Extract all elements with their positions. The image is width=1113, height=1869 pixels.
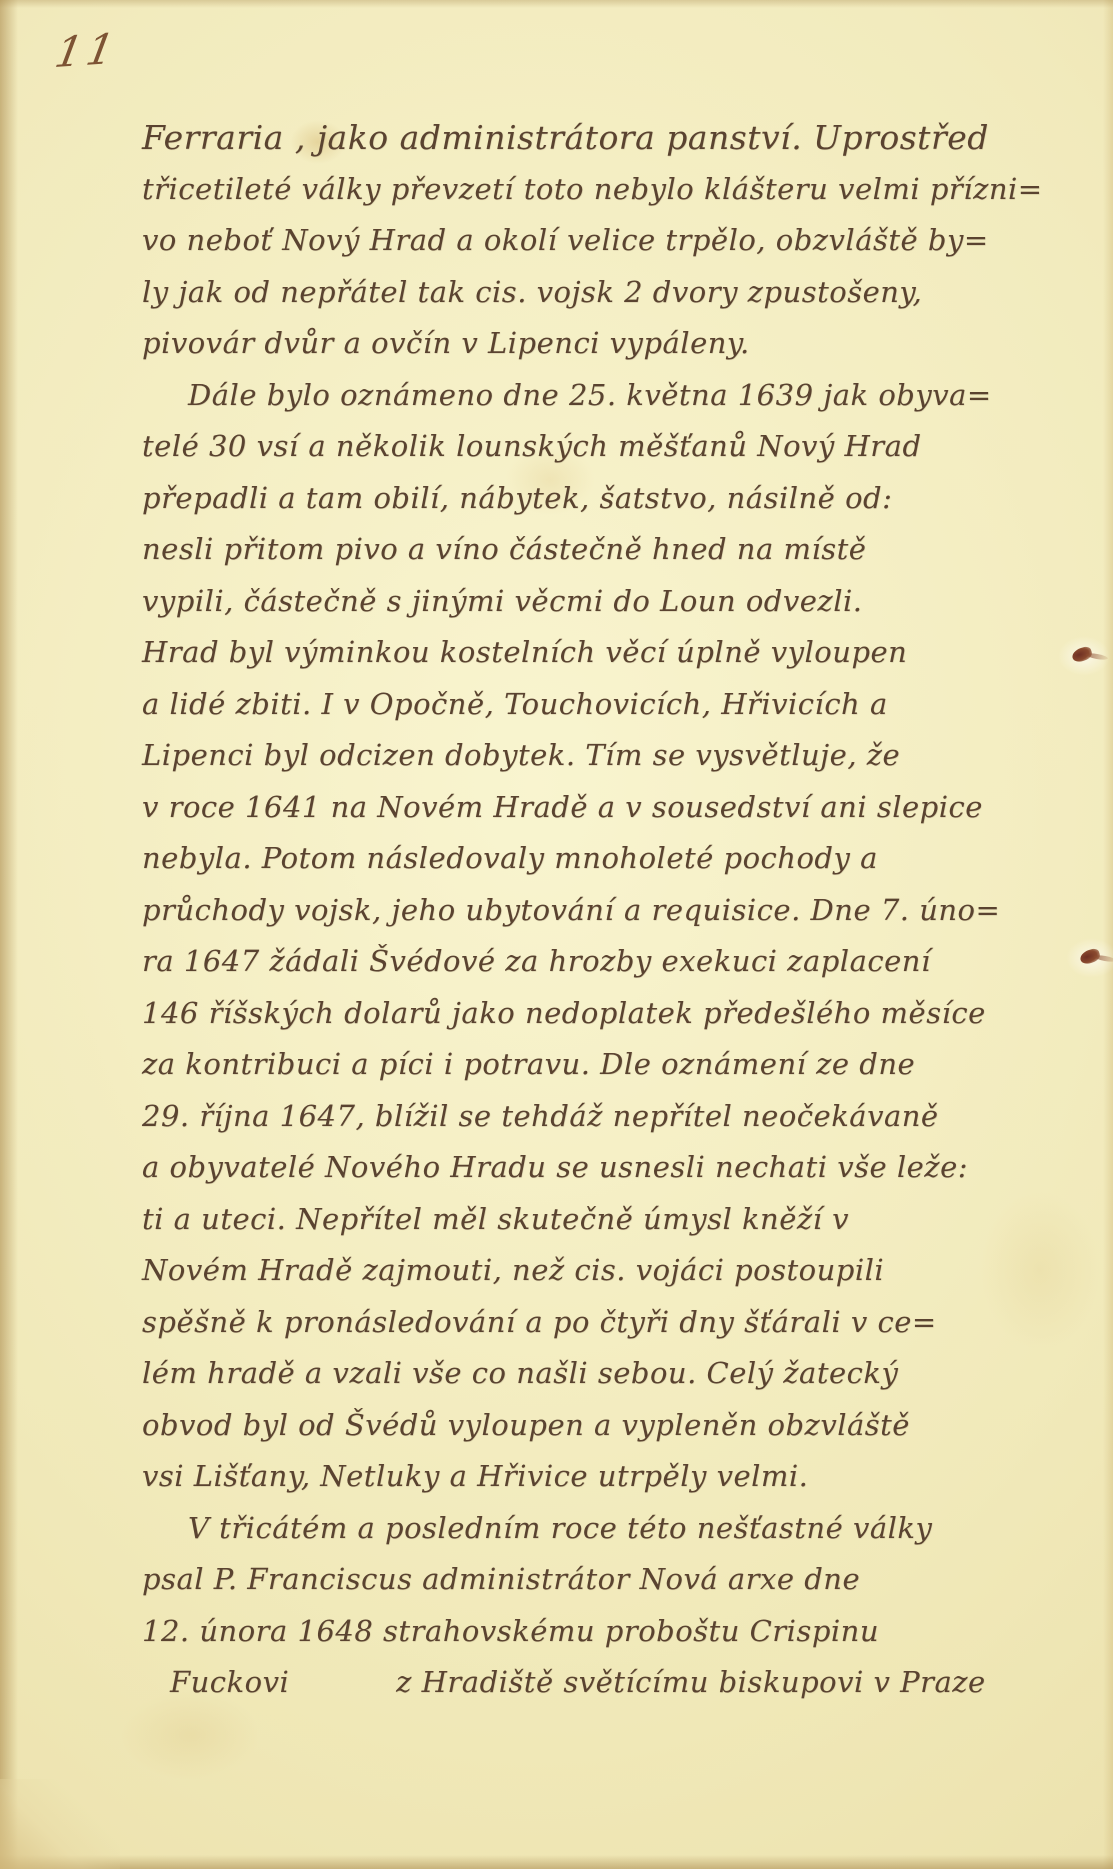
- manuscript-line: 146 říšských dolarů jako nedoplatek před…: [142, 988, 1042, 1040]
- manuscript-line: Ferraria , jako administrátora panství. …: [142, 112, 1042, 164]
- page-number: 11: [51, 24, 122, 77]
- manuscript-line: v roce 1641 na Novém Hradě a v sousedstv…: [142, 782, 1042, 834]
- manuscript-line: lém hradě a vzali vše co našli sebou. Ce…: [142, 1348, 1042, 1400]
- paper-edge-top: [0, 0, 1113, 8]
- paper-edge-left: [0, 0, 18, 1869]
- manuscript-line: nebyla. Potom následovaly mnoholeté poch…: [142, 833, 1042, 885]
- manuscript-line: 29. října 1647, blížil se tehdáž nepříte…: [142, 1091, 1042, 1143]
- manuscript-line: obvod byl od Švédů vyloupen a vypleněn o…: [142, 1400, 1042, 1452]
- manuscript-line: vsi Lišťany, Netluky a Hřivice utrpěly v…: [142, 1451, 1042, 1503]
- manuscript-line: V třicátém a posledním roce této nešťast…: [142, 1503, 1042, 1555]
- manuscript-line: Lipenci byl odcizen dobytek. Tím se vysv…: [142, 730, 1042, 782]
- manuscript-text: Ferraria , jako administrátora panství. …: [142, 112, 1042, 1709]
- manuscript-line: a lidé zbiti. I v Opočně, Touchovicích, …: [142, 679, 1042, 731]
- manuscript-line: přepadli a tam obilí, nábytek, šatstvo, …: [142, 473, 1042, 525]
- manuscript-line: Hrad byl výminkou kostelních věcí úplně …: [142, 627, 1042, 679]
- manuscript-page: 11 Ferraria , jako administrátora panstv…: [0, 0, 1113, 1869]
- manuscript-line: a obyvatelé Nového Hradu se usnesli nech…: [142, 1142, 1042, 1194]
- manuscript-line: Fuckovi z Hradiště světícímu biskupovi v…: [142, 1657, 1042, 1709]
- manuscript-line: Dále bylo oznámeno dne 25. května 1639 j…: [142, 370, 1042, 422]
- manuscript-line: spěšně k pronásledování a po čtyři dny š…: [142, 1297, 1042, 1349]
- manuscript-line: nesli přitom pivo a víno částečně hned n…: [142, 524, 1042, 576]
- manuscript-line: třicetileté války převzetí toto nebylo k…: [142, 164, 1042, 216]
- manuscript-line: telé 30 vsí a několik lounských měšťanů …: [142, 421, 1042, 473]
- manuscript-line: Novém Hradě zajmouti, než cis. vojáci po…: [142, 1245, 1042, 1297]
- paper-corner-tear: [0, 1779, 120, 1869]
- manuscript-line: vo neboť Nový Hrad a okolí velice trpělo…: [142, 215, 1042, 267]
- manuscript-line: psal P. Franciscus administrátor Nová ar…: [142, 1554, 1042, 1606]
- manuscript-line: ly jak od nepřátel tak cis. vojsk 2 dvor…: [142, 267, 1042, 319]
- manuscript-line: za kontribuci a píci i potravu. Dle ozná…: [142, 1039, 1042, 1091]
- manuscript-line: průchody vojsk, jeho ubytování a requisi…: [142, 885, 1042, 937]
- manuscript-line: ra 1647 žádali Švédové za hrozby exekuci…: [142, 936, 1042, 988]
- manuscript-line: ti a uteci. Nepřítel měl skutečně úmysl …: [142, 1194, 1042, 1246]
- manuscript-line: 12. února 1648 strahovskému proboštu Cri…: [142, 1606, 1042, 1658]
- manuscript-line: vypili, částečně s jinými věcmi do Loun …: [142, 576, 1042, 628]
- paper-edge-right: [1103, 0, 1113, 1869]
- paper-edge-bottom: [0, 1855, 1113, 1869]
- manuscript-line: pivovár dvůr a ovčín v Lipenci vypáleny.: [142, 318, 1042, 370]
